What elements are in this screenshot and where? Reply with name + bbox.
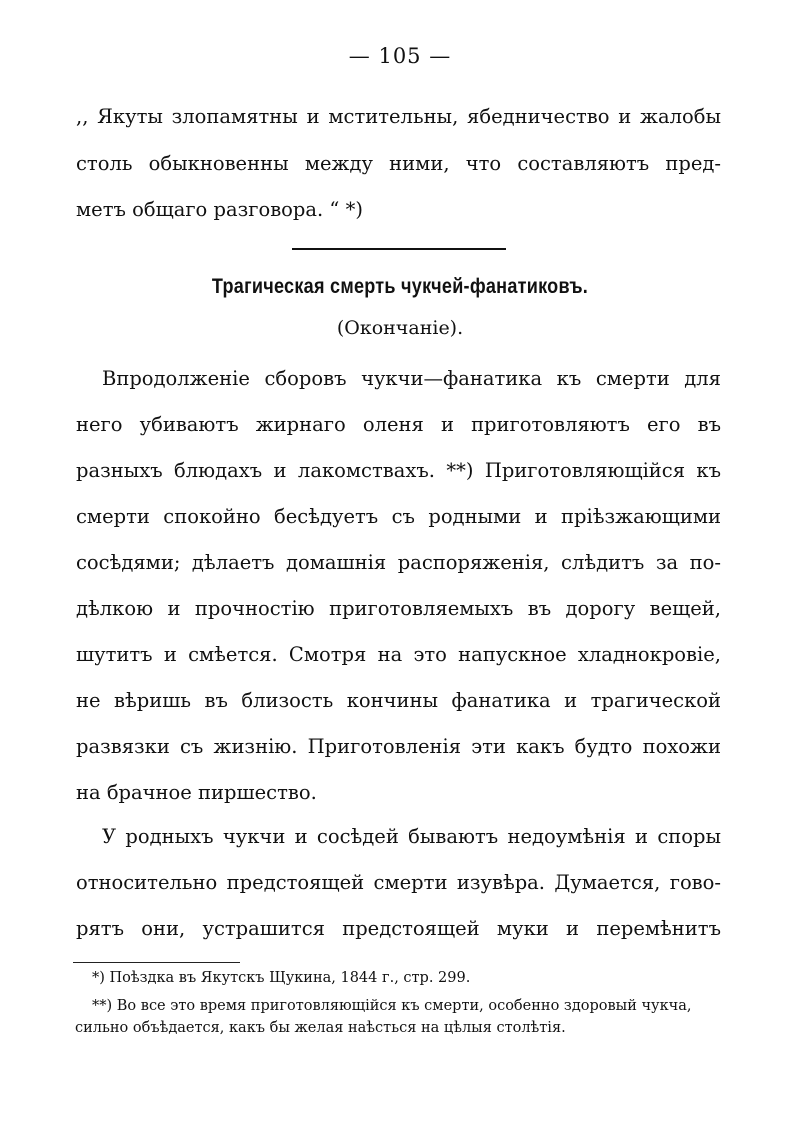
text-line: смерти спокойно бесѣдуетъ съ родными и п… — [76, 503, 721, 531]
footnote-2: **) Во все это время приготовляющiйся къ… — [92, 996, 722, 1016]
text-line: шутитъ и смѣется. Смотря на это напускно… — [76, 641, 721, 669]
footnote-marker: **) — [92, 998, 112, 1014]
text-line: Впродолженie сборовъ чукчи—фанатика къ с… — [102, 365, 721, 393]
quote-line: ,, Якуты злопамятны и мстительны, ябедни… — [76, 103, 721, 131]
page-number: — 105 — — [0, 44, 800, 68]
text-line: сосѣдями; дѣлаетъ домашнiя распоряженiя,… — [76, 549, 721, 577]
text-line: на брачное пиршество. — [76, 779, 721, 807]
text-line: рятъ они, устрашится предстоящей муки и … — [76, 915, 721, 943]
quote-line: метъ общаго разговора. “ *) — [76, 196, 721, 224]
footnote-2-continuation: сильно объѣдается, какъ бы желая наѣстьс… — [75, 1018, 566, 1038]
section-divider — [292, 248, 506, 250]
text-line: развязки съ жизнiю. Приготовленiя эти ка… — [76, 733, 721, 761]
text-line: дѣлкою и прочностiю приготовляемыхъ въ д… — [76, 595, 721, 623]
footnote-text: Во все это время приготовляющiйся къ сме… — [117, 998, 692, 1014]
footnote-marker: *) — [92, 970, 105, 986]
section-title: Трагическая смерть чукчей-фанатиковъ. — [56, 275, 744, 299]
footnote-1: *) Поѣздка въ Якутскъ Щукина, 1844 г., с… — [92, 968, 470, 988]
footnote-rule — [73, 962, 240, 963]
quote-line: столь обыкновенны между ними, что состав… — [76, 150, 721, 178]
text-line: У родныхъ чукчи и сосѣдей бываютъ недоум… — [102, 823, 721, 851]
text-line: него убиваютъ жирнаго оленя и приготовля… — [76, 411, 721, 439]
section-subtitle: (Окончанie). — [0, 317, 800, 339]
text-line: относительно предстоящей смерти изувѣра.… — [76, 869, 721, 897]
text-line: не вѣришь въ близость кончины фанатика и… — [76, 687, 721, 715]
text-line: разныхъ блюдахъ и лакомствахъ. **) Приго… — [76, 457, 721, 485]
book-page: — 105 — ,, Якуты злопамятны и мстительны… — [0, 0, 800, 1121]
footnote-text: Поѣздка въ Якутскъ Щукина, 1844 г., стр.… — [110, 970, 471, 986]
